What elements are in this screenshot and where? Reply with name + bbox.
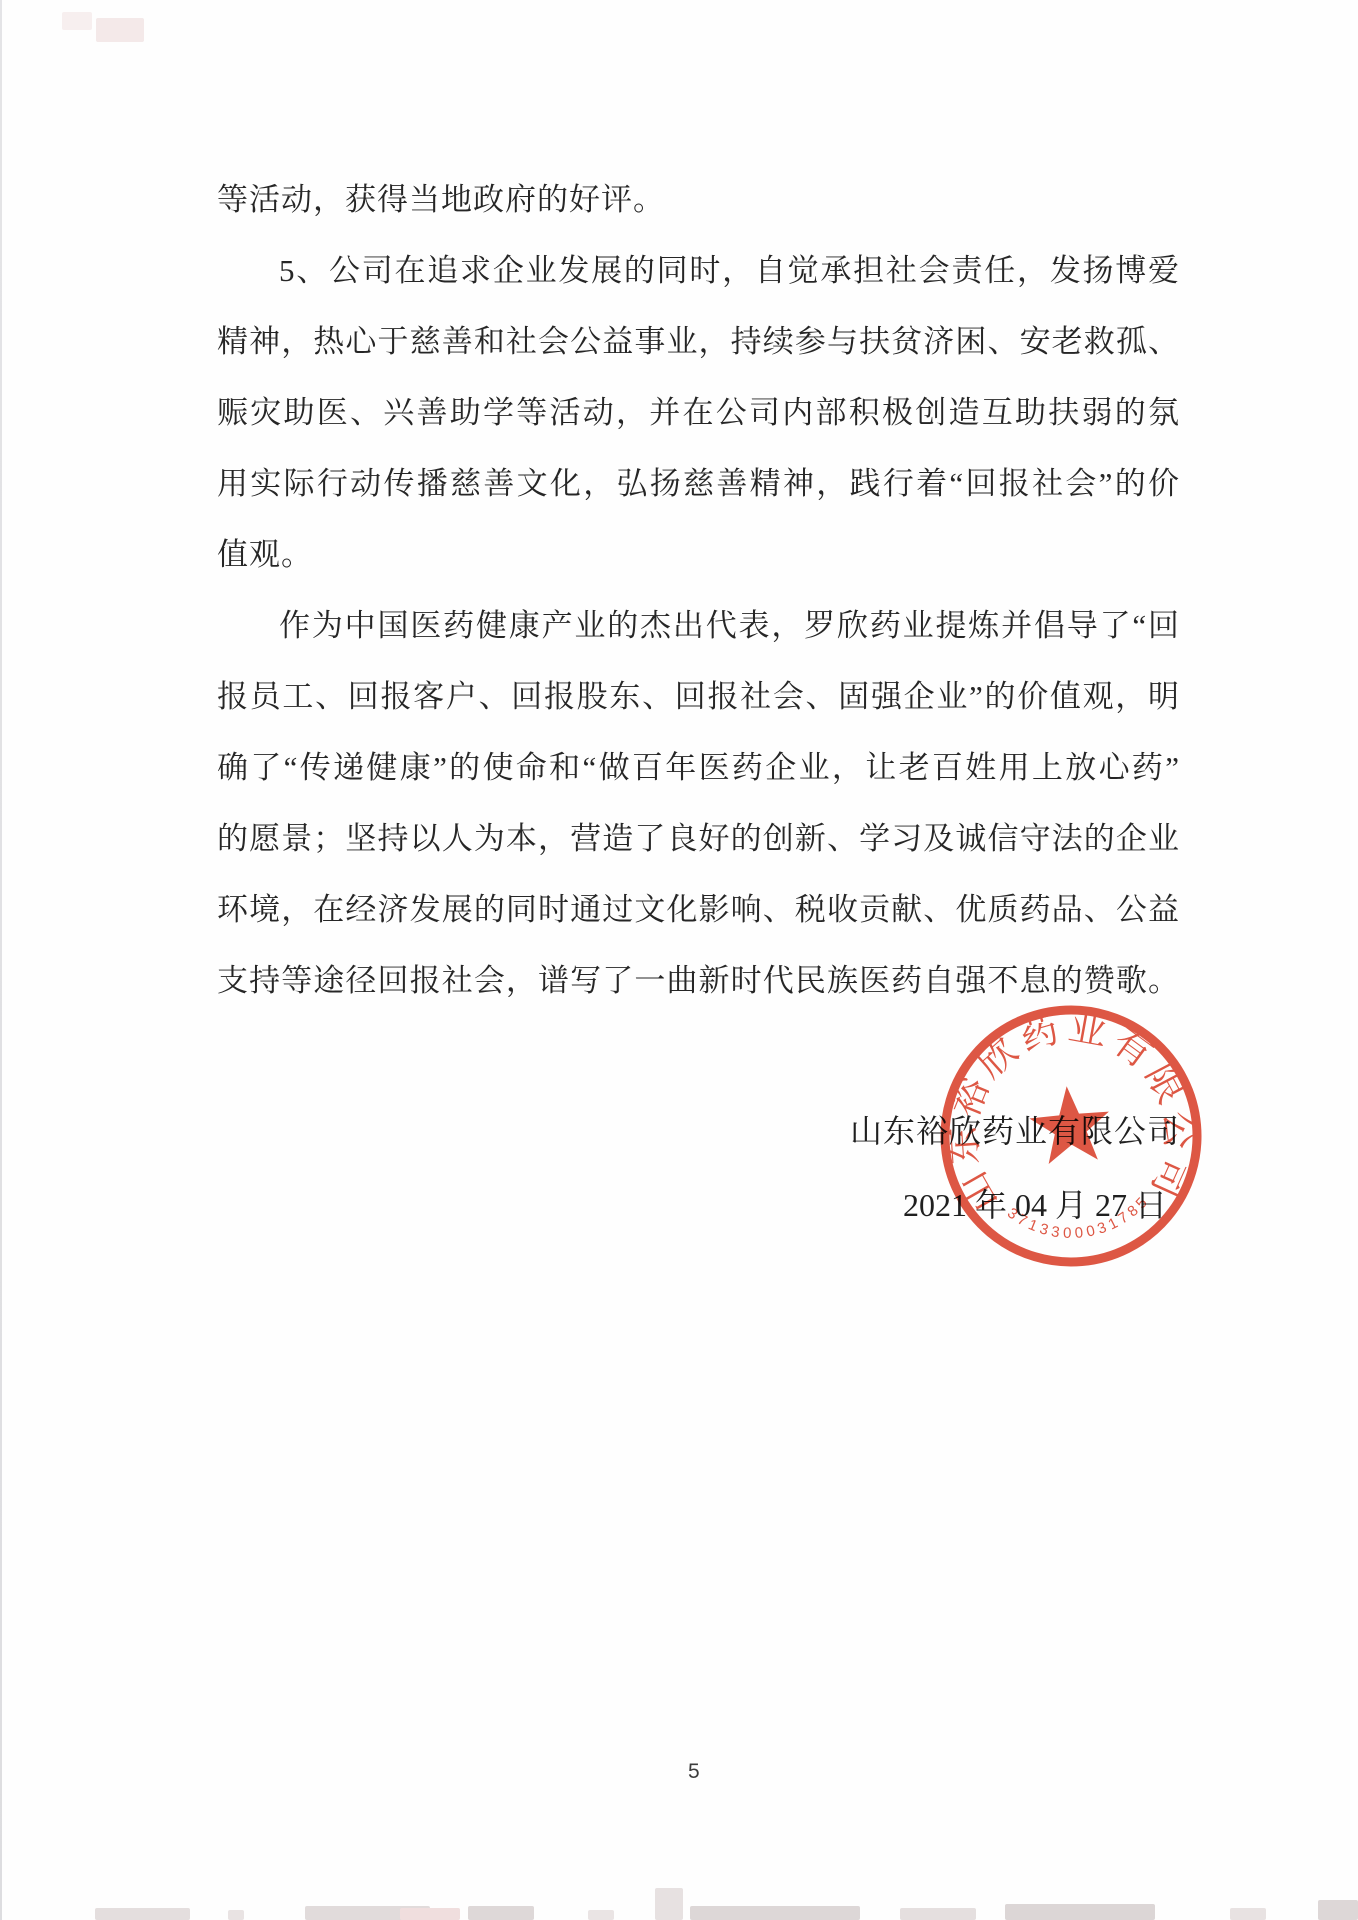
company-seal: 山东裕欣药业有限公司 3713300031785	[906, 971, 1235, 1300]
body-line: 值观。	[217, 519, 1180, 590]
scan-artifact	[1230, 1908, 1266, 1920]
scan-artifact	[62, 12, 92, 30]
body-line: 环境，在经济发展的同时通过文化影响、税收贡献、优质药品、公益	[217, 874, 1180, 945]
seal-serial-number: 3713300031785	[1003, 1190, 1156, 1248]
body-line: 报员工、回报客户、回报股东、回报社会、固强企业”的价值观，明	[217, 661, 1180, 732]
body-line: 赈灾助医、兴善助学等活动，并在公司内部积极创造互助扶弱的氛围，	[217, 377, 1180, 448]
seal-star-icon	[1027, 1083, 1113, 1166]
scan-artifact	[900, 1908, 976, 1920]
scan-edge-artifact	[0, 0, 2, 1920]
scan-artifact	[690, 1906, 860, 1920]
scan-artifact	[1005, 1904, 1155, 1920]
document-page: 等活动，获得当地政府的好评。 5、公司在追求企业发展的同时，自觉承担社会责任，发…	[0, 0, 1358, 1920]
body-line: 确了“传递健康”的使命和“做百年医药企业，让老百姓用上放心药”	[217, 732, 1180, 803]
scan-artifact	[588, 1910, 614, 1920]
scan-artifact	[655, 1888, 683, 1920]
body-paragraphs: 等活动，获得当地政府的好评。 5、公司在追求企业发展的同时，自觉承担社会责任，发…	[217, 164, 1180, 1016]
body-line: 5、公司在追求企业发展的同时，自觉承担社会责任，发扬博爱	[217, 235, 1180, 306]
scan-artifact	[468, 1906, 534, 1920]
body-line: 等活动，获得当地政府的好评。	[217, 164, 1180, 235]
page-number: 5	[688, 1760, 700, 1784]
body-line: 的愿景；坚持以人为本，营造了良好的创新、学习及诚信守法的企业	[217, 803, 1180, 874]
scan-artifact	[400, 1908, 460, 1920]
scan-artifact	[228, 1910, 244, 1920]
body-line: 用实际行动传播慈善文化，弘扬慈善精神，践行着“回报社会”的价	[217, 448, 1180, 519]
body-line: 作为中国医药健康产业的杰出代表，罗欣药业提炼并倡导了“回	[217, 590, 1180, 661]
scan-artifact	[1318, 1900, 1358, 1920]
scan-artifact	[96, 18, 144, 42]
scan-artifact	[95, 1908, 190, 1920]
body-line: 精神，热心于慈善和社会公益事业，持续参与扶贫济困、安老救孤、	[217, 306, 1180, 377]
